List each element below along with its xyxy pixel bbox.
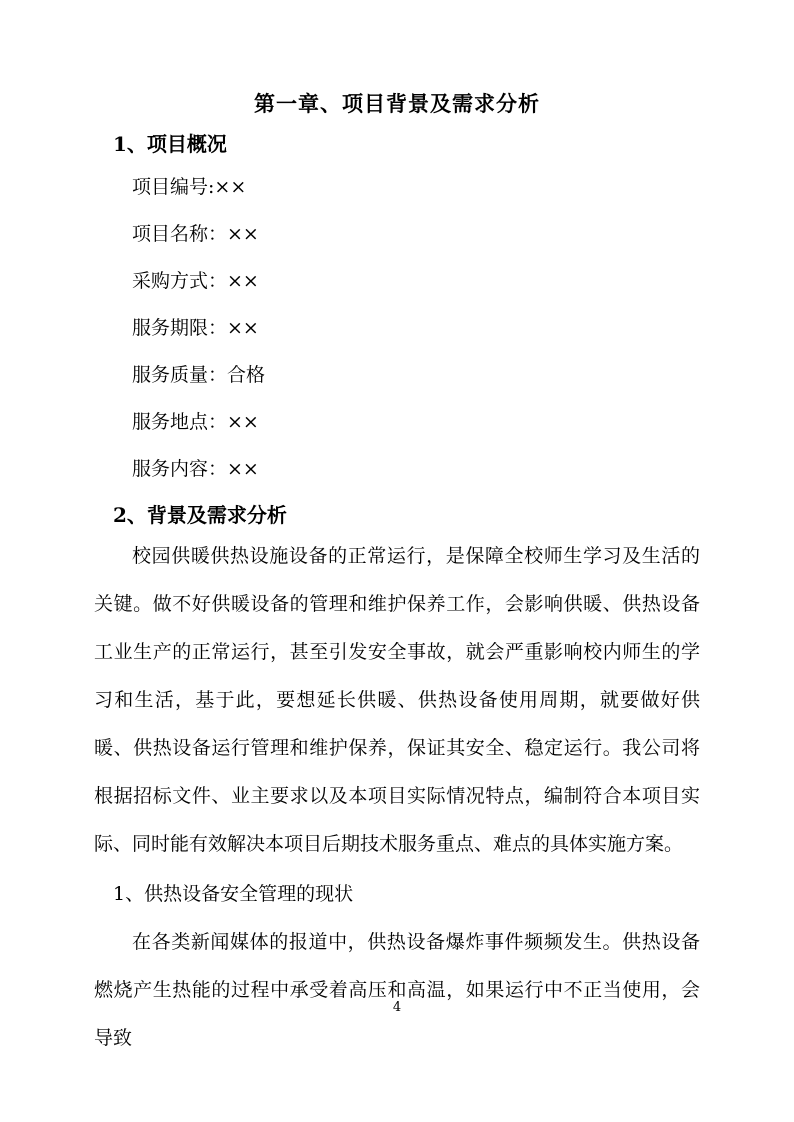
field-row-project-name: 项目名称：××: [94, 223, 700, 245]
field-row-service-quality: 服务质量：合格: [94, 364, 700, 386]
field-label: 服务质量：: [132, 364, 227, 386]
field-row-procurement-method: 采购方式：××: [94, 270, 700, 292]
page-number: 4: [0, 1000, 794, 1016]
sub-heading-heating-equipment-safety: 1、供热设备安全管理的现状: [94, 870, 700, 918]
section-2-heading: 2、背景及需求分析: [94, 504, 700, 526]
field-value: 合格: [227, 364, 265, 386]
chapter-title: 第一章、项目背景及需求分析: [94, 93, 700, 115]
document-page: 第一章、项目背景及需求分析 1、项目概况 项目编号:×× 项目名称：×× 采购方…: [0, 0, 794, 1122]
field-label: 项目名称：: [132, 223, 227, 245]
section-1-heading: 1、项目概况: [94, 133, 700, 155]
field-row-service-period: 服务期限：××: [94, 317, 700, 339]
field-label: 服务内容：: [132, 458, 227, 480]
field-value: ××: [227, 270, 259, 292]
field-value: ××: [227, 223, 259, 245]
field-label: 项目编号:: [132, 176, 214, 198]
field-value: ××: [227, 317, 259, 339]
field-value: ××: [227, 411, 259, 433]
news-media-paragraph: 在各类新闻媒体的报道中，供热设备爆炸事件频频发生。供热设备燃烧产生热能的过程中承…: [94, 918, 700, 1062]
background-paragraph: 校园供暖供热设施设备的正常运行，是保障全校师生学习及生活的关键。做不好供暖设备的…: [94, 532, 700, 868]
field-label: 服务地点：: [132, 411, 227, 433]
field-row-service-content: 服务内容：××: [94, 458, 700, 480]
field-value: ××: [214, 176, 246, 198]
field-row-service-location: 服务地点：××: [94, 411, 700, 433]
field-label: 采购方式：: [132, 270, 227, 292]
field-label: 服务期限：: [132, 317, 227, 339]
field-row-project-number: 项目编号:××: [94, 176, 700, 198]
field-value: ××: [227, 458, 259, 480]
